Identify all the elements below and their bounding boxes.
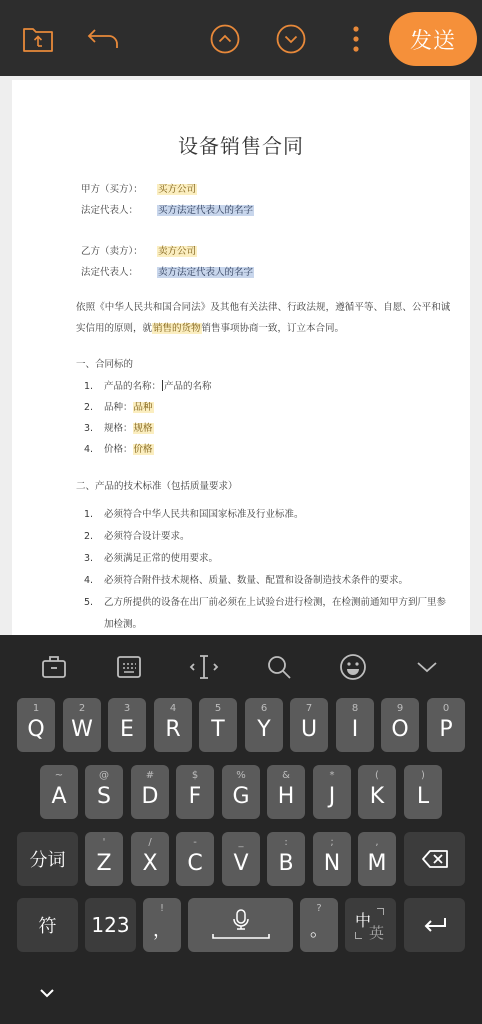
key-f[interactable]: $F: [176, 765, 214, 819]
space-key[interactable]: [188, 898, 293, 952]
party-a-field[interactable]: 买方公司: [157, 184, 197, 195]
key-hint: -: [176, 837, 214, 848]
key-label: V: [233, 851, 248, 876]
key-label: D: [142, 784, 159, 809]
text-cursor: [162, 380, 163, 391]
key-hint: 3: [108, 703, 146, 714]
list-number: 3.: [84, 422, 104, 436]
key-label: L: [417, 784, 429, 809]
item-text: 乙方所提供的设备在出厂前必须在上试验台进行检测，在检测前通知甲方到厂里参: [104, 597, 446, 608]
key-label: I: [352, 717, 359, 742]
key-label: B: [278, 851, 293, 876]
party-b-rep-field[interactable]: 卖方法定代表人的名字: [157, 267, 254, 278]
key-label: N: [324, 851, 340, 876]
key-y[interactable]: 6Y: [245, 698, 283, 752]
key-m[interactable]: ,M: [358, 832, 396, 886]
party-a-value-wrap: 买方公司: [157, 183, 197, 197]
microphone-icon: [211, 908, 271, 942]
list-item: 1.必须符合中华人民共和国国家标准及行业标准。: [84, 508, 304, 522]
key-label: C: [187, 851, 202, 876]
key-hint: ,: [358, 837, 396, 848]
key-hint: !: [143, 903, 181, 914]
key-j[interactable]: *J: [313, 765, 351, 819]
preamble-line-2: 实信用的原则，就销售的货物销售事项协商一致，订立本合同。: [76, 322, 344, 336]
key-hint: (: [358, 770, 396, 781]
list-item: 1.产品的名称：产品的名称: [84, 380, 212, 394]
key-label: G: [232, 784, 249, 809]
key-g[interactable]: %G: [222, 765, 260, 819]
key-s[interactable]: @S: [85, 765, 123, 819]
key-hint: 1: [17, 703, 55, 714]
list-number: 2.: [84, 530, 104, 544]
backspace-key[interactable]: [404, 832, 465, 886]
spec-field[interactable]: 规格: [133, 423, 154, 434]
key-hint: ): [404, 770, 442, 781]
key-n[interactable]: ;N: [313, 832, 351, 886]
party-b-value-wrap: 卖方公司: [157, 245, 197, 259]
item-text: 必须符合设计要求。: [104, 531, 190, 542]
key-hint: 6: [245, 703, 283, 714]
next-icon[interactable]: [274, 22, 308, 56]
symbol-key[interactable]: 符: [17, 898, 78, 952]
key-k[interactable]: (K: [358, 765, 396, 819]
preamble-text: 销售事项协商一致，订立本合同。: [202, 323, 345, 334]
more-icon[interactable]: [339, 22, 373, 56]
key-label: P: [439, 717, 452, 742]
list-item-continuation: 加检测。: [104, 618, 142, 632]
key-label: W: [71, 717, 93, 742]
key-hint: 2: [63, 703, 101, 714]
item-label: 品种：: [104, 402, 133, 413]
party-b-label: 乙方（卖方）：: [81, 245, 143, 259]
key-label: T: [211, 717, 224, 742]
lang-secondary: 英: [369, 922, 384, 943]
key-hint: 4: [154, 703, 192, 714]
key-label: Y: [257, 717, 270, 742]
party-a-rep-label: 法定代表人：: [81, 204, 138, 218]
key-label: S: [97, 784, 111, 809]
send-button[interactable]: 发送: [389, 12, 477, 66]
search-icon[interactable]: [264, 652, 294, 682]
key-d[interactable]: #D: [131, 765, 169, 819]
key-label: Z: [96, 851, 111, 876]
list-number: 5.: [84, 596, 104, 610]
key-hint: 8: [336, 703, 374, 714]
key-label: R: [165, 717, 180, 742]
list-item: 2.品种：品种: [84, 401, 154, 415]
goods-field[interactable]: 销售的货物: [152, 323, 202, 334]
key-hint: *: [313, 770, 351, 781]
hide-keyboard-icon[interactable]: [36, 982, 58, 1004]
key-e[interactable]: 3E: [108, 698, 146, 752]
key-label: U: [301, 717, 317, 742]
key-hint: &: [267, 770, 305, 781]
key-x[interactable]: /X: [131, 832, 169, 886]
document-title: 设备销售合同: [12, 130, 470, 159]
list-item: 4.价格：价格: [84, 443, 154, 457]
item-label: 规格：: [104, 423, 133, 434]
enter-key[interactable]: [404, 898, 465, 952]
key-q[interactable]: 1Q: [17, 698, 55, 752]
top-toolbar: 发送: [0, 0, 482, 76]
key-label: 分词: [30, 846, 66, 872]
key-c[interactable]: -C: [176, 832, 214, 886]
key-label: 123: [91, 913, 129, 937]
list-item: 5.乙方所提供的设备在出厂前必须在上试验台进行检测，在检测前通知甲方到厂里参: [84, 596, 446, 610]
section-2-heading: 二、产品的技术标准（包括质量要求）: [76, 480, 238, 494]
key-label: H: [278, 784, 295, 809]
key-hint: ;: [313, 837, 351, 848]
party-a-label: 甲方（买方）：: [81, 184, 143, 195]
screen: 发送 设备销售合同 甲方（买方）： 买方公司 法定代表人： 买方法定代表人的名字…: [0, 0, 482, 1024]
segment-key[interactable]: 分词: [17, 832, 78, 886]
key-label: A: [51, 784, 66, 809]
list-item: 2.必须符合设计要求。: [84, 530, 190, 544]
key-u[interactable]: 7U: [290, 698, 328, 752]
key-hint: 7: [290, 703, 328, 714]
numeric-key[interactable]: 123: [85, 898, 136, 952]
key-label: 符: [39, 912, 57, 938]
key-hint: /: [131, 837, 169, 848]
key-label: ，: [153, 916, 171, 942]
variety-field[interactable]: 品种: [133, 402, 154, 413]
key-hint: #: [131, 770, 169, 781]
key-label: O: [391, 717, 408, 742]
emoji-icon[interactable]: [338, 652, 368, 682]
key-hint: 9: [381, 703, 419, 714]
language-switch-key[interactable]: 中 英: [345, 898, 396, 952]
keyboard-toolbar: [0, 635, 482, 697]
key-z[interactable]: 'Z: [85, 832, 123, 886]
party-b-rep-label: 法定代表人：: [81, 266, 138, 280]
party-b-rep-wrap: 卖方法定代表人的名字: [157, 266, 254, 280]
previous-icon[interactable]: [208, 22, 242, 56]
list-number: 1.: [84, 380, 104, 394]
key-hint: %: [222, 770, 260, 781]
key-h[interactable]: &H: [267, 765, 305, 819]
key-label: K: [370, 784, 384, 809]
product-name-field[interactable]: 产品的名称: [164, 381, 212, 392]
key-label: E: [120, 717, 134, 742]
bracket-decoration: [377, 908, 384, 915]
cursor-move-icon[interactable]: [189, 652, 219, 682]
key-hint: @: [85, 770, 123, 781]
key-hint: $: [176, 770, 214, 781]
party-a-rep-wrap: 买方法定代表人的名字: [157, 204, 254, 218]
key-hint: ': [85, 837, 123, 848]
key-label: F: [189, 784, 202, 809]
list-item: 3.必须满足正常的使用要求。: [84, 552, 218, 566]
key-hint: 0: [427, 703, 465, 714]
key-a[interactable]: ~A: [40, 765, 78, 819]
party-a-rep-field[interactable]: 买方法定代表人的名字: [157, 205, 254, 216]
key-t[interactable]: 5T: [199, 698, 237, 752]
key-p[interactable]: 0P: [427, 698, 465, 752]
key-label: 。: [310, 916, 328, 942]
item-text: 必须符合附件技术规格、质量、数量、配置和设备制造技术条件的要求。: [104, 575, 408, 586]
list-item: 4.必须符合附件技术规格、质量、数量、配置和设备制造技术条件的要求。: [84, 574, 408, 588]
key-hint: ~: [40, 770, 78, 781]
clipboard-icon[interactable]: [39, 652, 69, 682]
period-key[interactable]: ?。: [300, 898, 338, 952]
key-label: X: [142, 851, 157, 876]
collapse-icon[interactable]: [412, 652, 442, 682]
key-b[interactable]: :B: [267, 832, 305, 886]
key-hint: _: [222, 837, 260, 848]
folder-upload-icon[interactable]: [21, 22, 55, 56]
key-v[interactable]: _V: [222, 832, 260, 886]
document-page[interactable]: 设备销售合同 甲方（买方）： 买方公司 法定代表人： 买方法定代表人的名字 乙方…: [12, 80, 470, 635]
list-number: 1.: [84, 508, 104, 522]
key-i[interactable]: 8I: [336, 698, 374, 752]
list-item: 3.规格：规格: [84, 422, 154, 436]
bracket-decoration: [355, 932, 362, 939]
item-text: 必须符合中华人民共和国国家标准及行业标准。: [104, 509, 304, 520]
soft-keyboard: 1Q 2W 3E 4R 5T 6Y 7U 8I 9O 0P ~A @S #D $…: [0, 635, 482, 1024]
list-number: 4.: [84, 443, 104, 457]
key-label: M: [368, 851, 387, 876]
key-o[interactable]: 9O: [381, 698, 419, 752]
key-l[interactable]: )L: [404, 765, 442, 819]
price-field[interactable]: 价格: [133, 444, 154, 455]
key-w[interactable]: 2W: [63, 698, 101, 752]
key-hint: :: [267, 837, 305, 848]
document-viewport[interactable]: 设备销售合同 甲方（买方）： 买方公司 法定代表人： 买方法定代表人的名字 乙方…: [0, 76, 482, 635]
comma-key[interactable]: !，: [143, 898, 181, 952]
key-label: Q: [27, 717, 44, 742]
key-label: J: [329, 784, 336, 809]
enter-icon: [422, 916, 448, 934]
key-r[interactable]: 4R: [154, 698, 192, 752]
party-a-row: 甲方（买方）：: [81, 183, 143, 197]
item-text: 必须满足正常的使用要求。: [104, 553, 218, 564]
keyboard-icon[interactable]: [114, 652, 144, 682]
key-hint: ?: [300, 903, 338, 914]
preamble-text: 实信用的原则，就: [76, 323, 152, 334]
section-1-heading: 一、合同标的: [76, 358, 133, 372]
key-hint: 5: [199, 703, 237, 714]
item-label: 产品的名称：: [104, 381, 161, 392]
party-b-field[interactable]: 卖方公司: [157, 246, 197, 257]
list-number: 4.: [84, 574, 104, 588]
undo-icon[interactable]: [86, 22, 120, 56]
backspace-icon: [421, 849, 449, 869]
preamble-line-1: 依照《中华人民共和国合同法》及其他有关法律、行政法规，遵循平等、自愿、公平和诚: [76, 301, 450, 315]
list-number: 2.: [84, 401, 104, 415]
list-number: 3.: [84, 552, 104, 566]
item-label: 价格：: [104, 444, 133, 455]
